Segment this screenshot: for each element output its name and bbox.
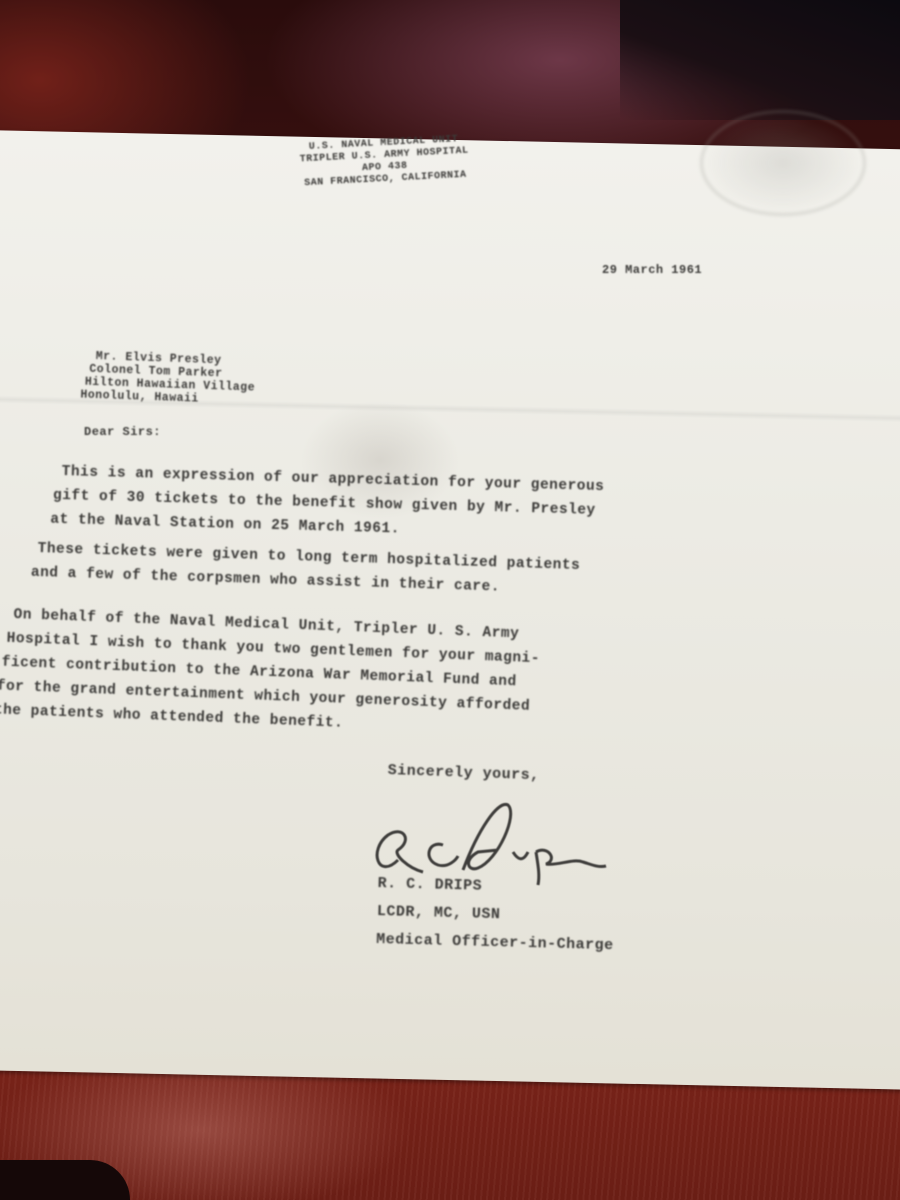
salutation: Dear Sirs: bbox=[84, 425, 161, 439]
letter-date: 29 March 1961 bbox=[602, 263, 702, 277]
addressee-block: Mr. Elvis Presley Colonel Tom Parker Hil… bbox=[94, 350, 256, 408]
paragraph-3: On behalf of the Naval Medical Unit, Tri… bbox=[9, 603, 541, 743]
embossed-seal-icon bbox=[700, 110, 866, 216]
dark-corner bbox=[0, 1160, 130, 1200]
signer-block: R. C. DRIPS LCDR, MC, USN Medical Office… bbox=[376, 870, 616, 960]
paragraph-1: This is an expression of our appreciatio… bbox=[60, 460, 605, 547]
letterhead: U.S. NAVAL MEDICAL UNIT TRIPLER U.S. ARM… bbox=[299, 134, 470, 191]
background-shadow bbox=[620, 0, 900, 120]
